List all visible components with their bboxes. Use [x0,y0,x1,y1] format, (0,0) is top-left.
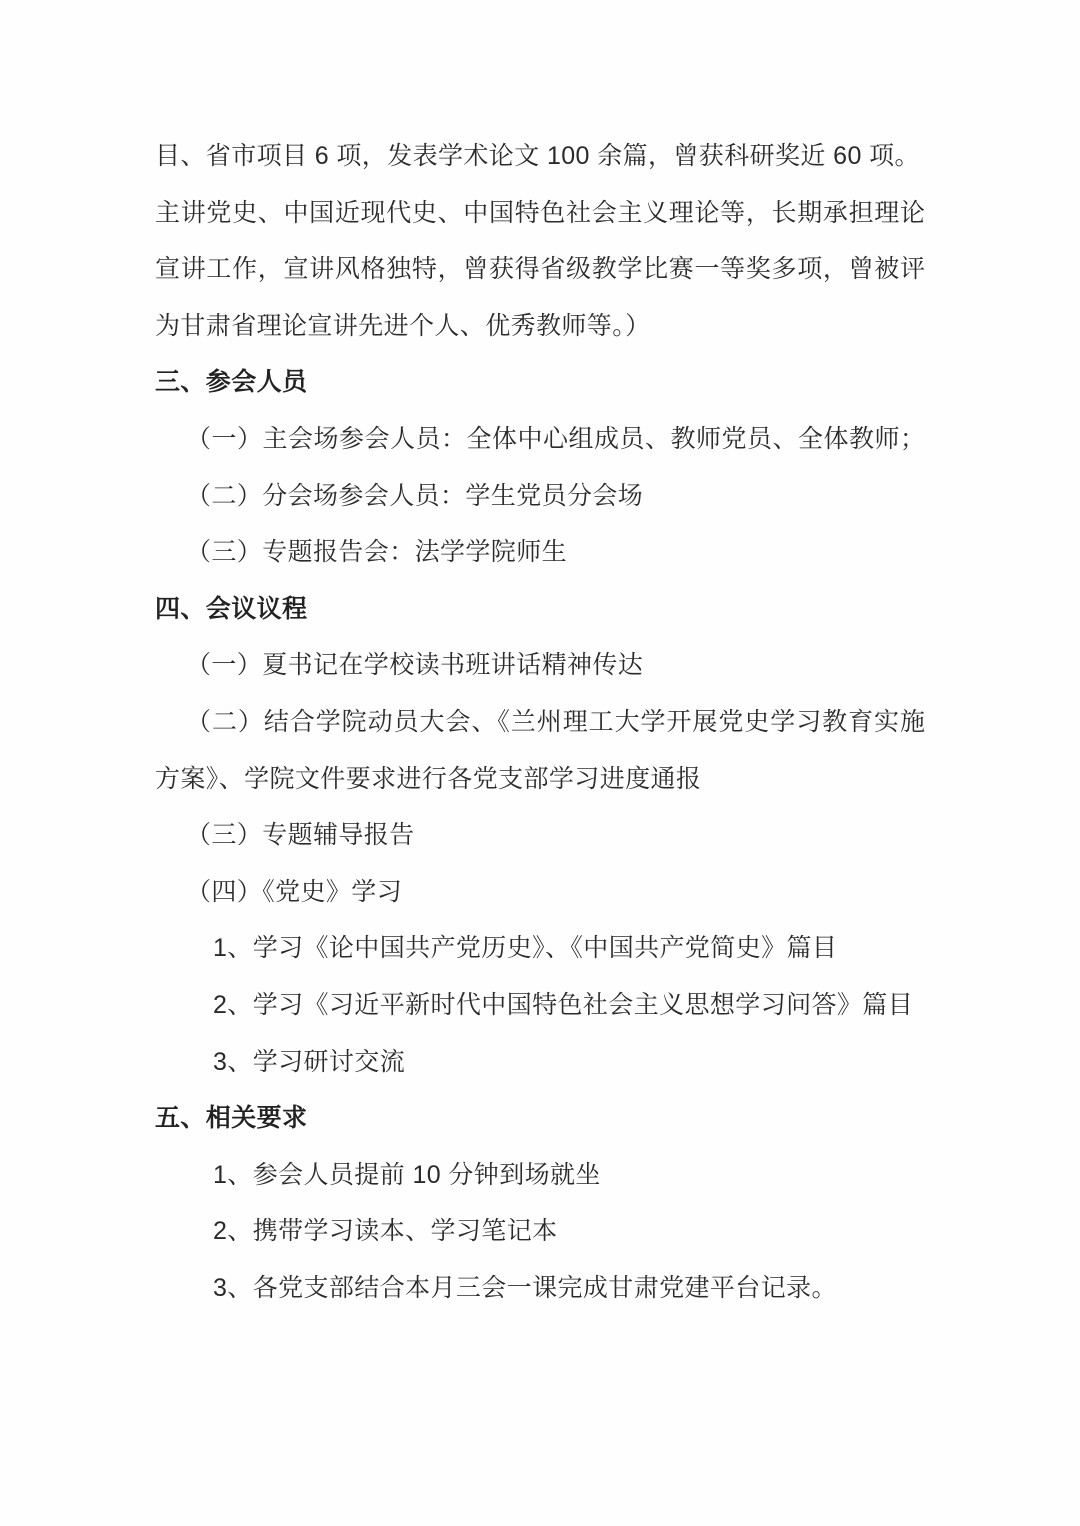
document-body: 目、省市项目 6 项，发表学术论文 100 余篇，曾获科研奖近 60 项。 主讲… [155,128,925,1316]
requirements-item-3: 3、各党支部结合本月三会一课完成甘肃党建平台记录。 [155,1260,925,1317]
document-page: 目、省市项目 6 项，发表学术论文 100 余篇，曾获科研奖近 60 项。 主讲… [0,0,1080,1526]
section-heading-participants: 三、参会人员 [155,354,925,411]
agenda-subitem-3: 3、学习研讨交流 [155,1034,925,1091]
requirements-item-1: 1、参会人员提前 10 分钟到场就坐 [155,1147,925,1204]
intro-paragraph-line-1: 目、省市项目 6 项，发表学术论文 100 余篇，曾获科研奖近 60 项。 [155,128,925,185]
agenda-item-3: （三）专题辅导报告 [155,807,925,864]
intro-paragraph-line-2: 主讲党史、中国近现代史、中国特色社会主义理论等，长期承担理论 [155,185,925,242]
participants-item-1: （一）主会场参会人员：全体中心组成员、教师党员、全体教师； [155,411,925,468]
intro-paragraph-line-3: 宣讲工作，宣讲风格独特，曾获得省级教学比赛一等奖多项，曾被评 [155,241,925,298]
agenda-item-4: （四）《党史》学习 [155,864,925,921]
agenda-subitem-2: 2、学习《习近平新时代中国特色社会主义思想学习问答》篇目 [155,977,925,1034]
section-heading-requirements: 五、相关要求 [155,1090,925,1147]
agenda-item-1: （一）夏书记在学校读书班讲话精神传达 [155,637,925,694]
section-heading-agenda: 四、会议议程 [155,581,925,638]
agenda-item-2-line-1: （二）结合学院动员大会、《兰州理工大学开展党史学习教育实施 [155,694,925,751]
agenda-subitem-1: 1、学习《论中国共产党历史》、《中国共产党简史》篇目 [155,920,925,977]
intro-paragraph-line-4: 为甘肃省理论宣讲先进个人、优秀教师等。） [155,298,925,355]
participants-item-3: （三）专题报告会：法学学院师生 [155,524,925,581]
requirements-item-2: 2、携带学习读本、学习笔记本 [155,1203,925,1260]
agenda-item-2-line-2: 方案》、学院文件要求进行各党支部学习进度通报 [155,751,925,808]
participants-item-2: （二）分会场参会人员：学生党员分会场 [155,468,925,525]
